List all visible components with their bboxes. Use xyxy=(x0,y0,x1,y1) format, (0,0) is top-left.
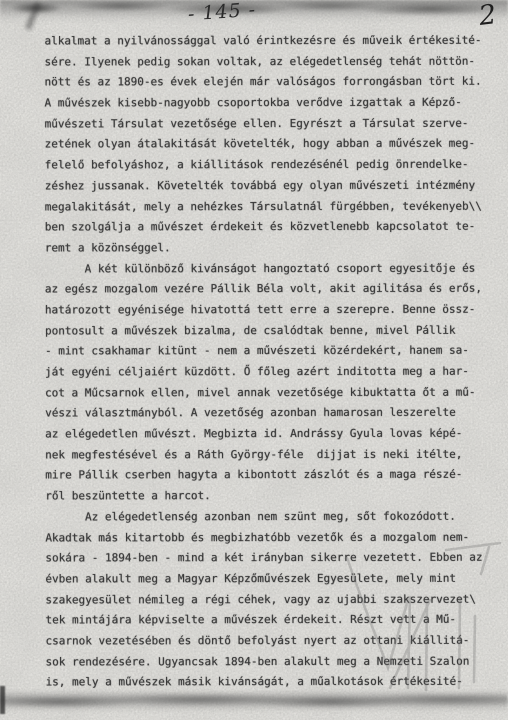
text-line: művészeti Társulat vezetősége ellen. Egy… xyxy=(45,113,500,134)
text-line: alkalmat a nyilvánossággal való érintkez… xyxy=(44,31,499,52)
text-line: évben alakult meg a Magyar Képzőművészek… xyxy=(45,568,500,589)
text-line: ben szolgálja a művészet érdekeit és köz… xyxy=(45,217,500,238)
text-line: ját egyéni céljaiért küzdött. Ő főleg az… xyxy=(45,362,500,383)
text-line: sére. Ilyenek pedig sokan voltak, az elé… xyxy=(44,51,499,72)
text-line: felelő befolyáshoz, a kiállitások rendez… xyxy=(45,155,500,176)
text-line: A művészek kisebb-nagyobb csoportokba ve… xyxy=(45,93,500,114)
scan-edge-mark xyxy=(0,686,5,714)
text-line: remt a közönséggel. xyxy=(45,237,500,258)
text-line: is, mely a művészek másik kivánságát, a … xyxy=(46,672,501,693)
text-line: csarnok vezetésében és döntő befolyást n… xyxy=(45,631,500,652)
text-line: Az elégedetlenség azonban nem szünt meg,… xyxy=(45,506,500,527)
text-line: - mint csakhamar kitünt - nem a művészet… xyxy=(45,341,500,362)
text-line: tek mintájára képviselte a művészek érde… xyxy=(45,610,500,631)
text-line: megalakitását, mely a nehézkes Társulatn… xyxy=(45,196,500,217)
text-line: zetének olyan átalakitását követelték, h… xyxy=(45,134,500,155)
page-number-corner: 2 xyxy=(477,0,498,32)
text-block: alkalmat a nyilvánossággal való érintkez… xyxy=(44,31,500,694)
text-line: nött és az 1890-es évek elején már valós… xyxy=(44,72,499,93)
text-line: vészi választmányból. A vezetőség azonba… xyxy=(45,403,500,424)
text-line: ről beszüntette a harcot. xyxy=(45,486,500,507)
scanned-document-page: { "colors": { "paper": "#e4e3df", "ink":… xyxy=(0,0,508,720)
text-line: mire Pállik cserben hagyta a kibontott z… xyxy=(45,465,500,486)
text-line: nek megfestésével és a Ráth György-féle … xyxy=(45,444,500,465)
text-line: az elégedetlen művészt. Megbizta id. And… xyxy=(45,424,500,445)
text-line: az egész mozgalom vezére Pállik Béla vol… xyxy=(45,279,500,300)
text-line: sok rendezésére. Ugyancsak 1894-ben alak… xyxy=(46,651,501,672)
text-line: A két különböző kivánságot hangoztató cs… xyxy=(45,258,500,279)
text-line: határozott egyénisége hivatottá tett err… xyxy=(45,300,500,321)
text-line: pontosult a művészek bizalma, de csalódt… xyxy=(45,320,500,341)
text-line: cot a Műcsarnok ellen, mivel annak vezet… xyxy=(45,382,500,403)
text-line: Akadtak más kitartobb és megbizhatóbb ve… xyxy=(45,527,500,548)
text-line: sokára - 1894-ben - mind a két irányban … xyxy=(45,548,500,569)
text-line: zéshez jussanak. Követelték továbbá egy … xyxy=(45,175,500,196)
text-line: szakegyesület némileg a régi céhek, vagy… xyxy=(45,589,500,610)
